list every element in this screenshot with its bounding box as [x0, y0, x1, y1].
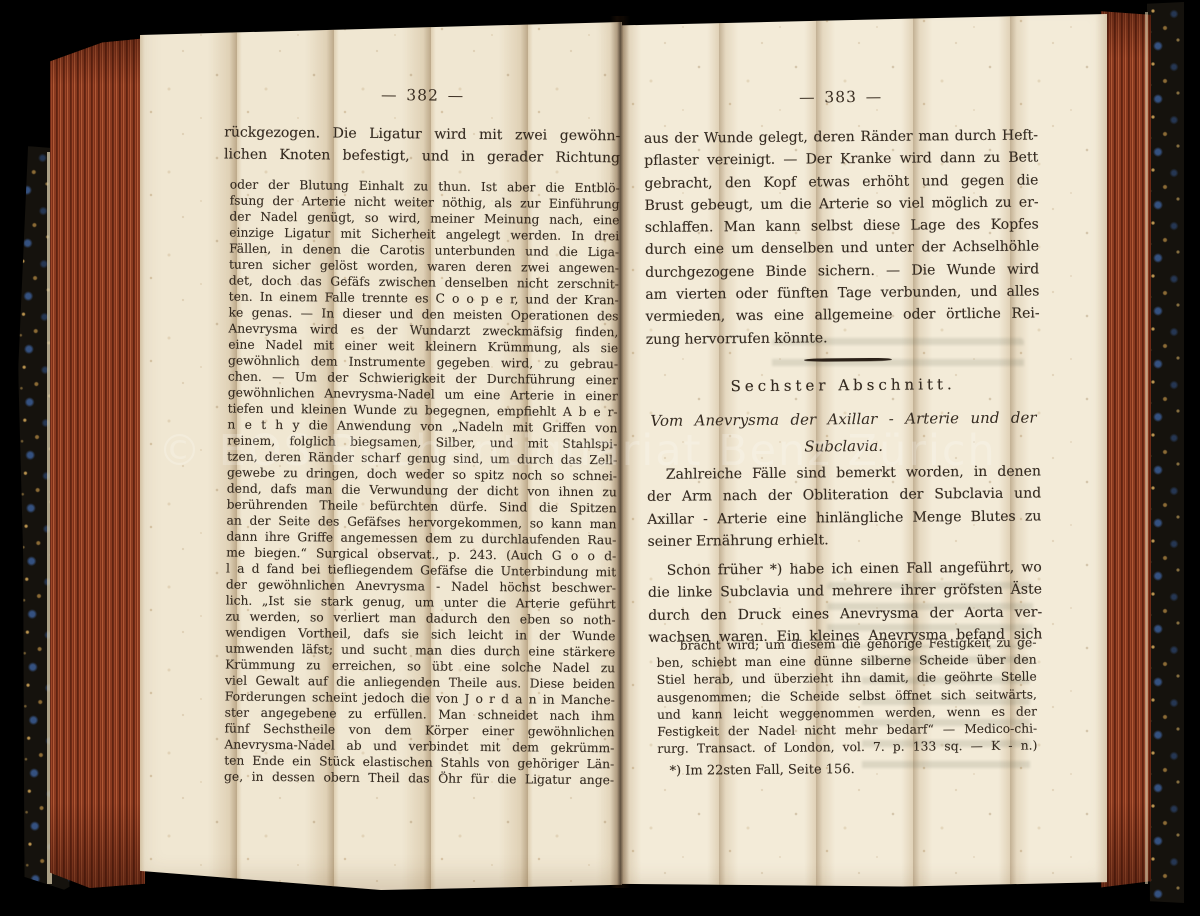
text-line: vermieden, was eine allgemeine oder örtl… [645, 303, 1039, 329]
section-divider-rule [804, 358, 892, 362]
text-line: ge, in dessen obern Theil das Öhr für di… [224, 769, 614, 789]
text-line: seiner Ernährung erhielt. [647, 527, 1041, 553]
left-fore-edge-pages [50, 34, 145, 888]
text-line: durch den Druck eines Anevrysma der Aort… [648, 601, 1042, 627]
text-line: gebracht, den Kopf etwas erhöht und gege… [644, 169, 1038, 195]
footnote-text-382: oder der Blutung Einhalt zu thun. Ist ab… [224, 177, 620, 789]
right-fore-edge-pages [1101, 6, 1151, 890]
text-line: lichen Knoten befestigt, und in gerader … [224, 144, 620, 169]
text-line: pflaster vereinigt. — Der Kranke wird da… [644, 147, 1038, 173]
page-number-383: — 383 — [644, 86, 1038, 107]
text-line: die linke Subclavia und mehrere ihrer gr… [648, 579, 1042, 605]
watermark-text: © EOS Buchantiquariat Benz Zürich [158, 424, 1058, 478]
text-line: Axillar - Arterie eine hinlängliche Meng… [647, 505, 1041, 531]
footnote-text-383: bracht wird; um diesem die gehörige Fest… [656, 635, 1037, 759]
footnote-asterisk: *) Im 22sten Fall, Seite 156. [669, 761, 1029, 779]
body-text-383: aus der Wunde gelegt, deren Ränder man d… [644, 124, 1040, 350]
text-line: der Arm nach der Obliteration der Subcla… [647, 483, 1041, 509]
text-line: rurg. Transact. of London, vol. 7. p. 13… [657, 738, 1037, 759]
right-cover-marbled-board [1147, 2, 1184, 903]
text-line: rückgezogen. Die Ligatur wird mit zwei g… [224, 122, 620, 147]
text-line: durch eine um denselben und unter der Ac… [645, 236, 1039, 262]
body-text-382: rückgezogen. Die Ligatur wird mit zwei g… [224, 122, 620, 169]
section-heading: Sechster Abschnitt. [646, 374, 1040, 395]
book-photo: — 382 — rückgezogen. Die Ligatur wird mi… [0, 0, 1200, 916]
page-number-382: — 382 — [225, 84, 621, 106]
right-endpaper-sliver [1145, 12, 1148, 884]
text-line: zung hervorrufen könnte. [646, 325, 1040, 351]
